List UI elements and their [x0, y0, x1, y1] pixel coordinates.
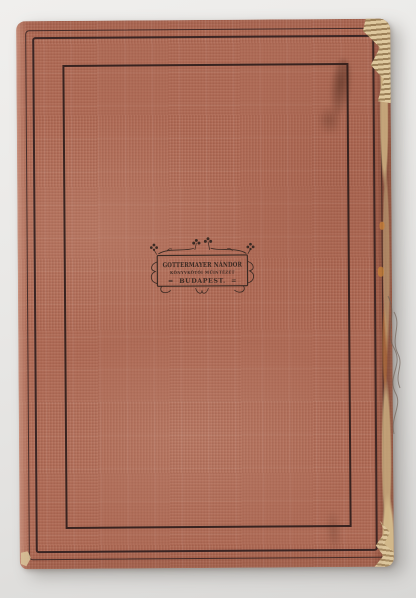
stamp-name-text: GOTTERMAYER NÁNDOR — [163, 260, 243, 270]
stamp-institute-text: KÖNYVKÖTŐI MŰINTÉZET — [170, 270, 235, 275]
cover-hinge-highlight — [16, 21, 31, 569]
book-cover: GOTTERMAYER NÁNDOR KÖNYVKÖTŐI MŰINTÉZET … — [16, 19, 394, 570]
loose-threads-icon — [380, 292, 414, 442]
photo-background: GOTTERMAYER NÁNDOR KÖNYVKÖTŐI MŰINTÉZET … — [0, 0, 416, 598]
bookbinder-stamp: GOTTERMAYER NÁNDOR KÖNYVKÖTŐI MŰINTÉZET … — [141, 234, 263, 305]
rust-speck — [380, 222, 385, 230]
stain-mark — [327, 58, 354, 118]
clover-icon — [150, 244, 158, 255]
stain-mark — [317, 105, 343, 135]
clover-icon — [246, 243, 254, 254]
stain-mark — [324, 509, 343, 554]
stamp-vine-ornament — [158, 248, 246, 254]
rust-speck — [378, 267, 384, 277]
stamp-city-text: = BUDAPEST. = — [168, 278, 237, 285]
